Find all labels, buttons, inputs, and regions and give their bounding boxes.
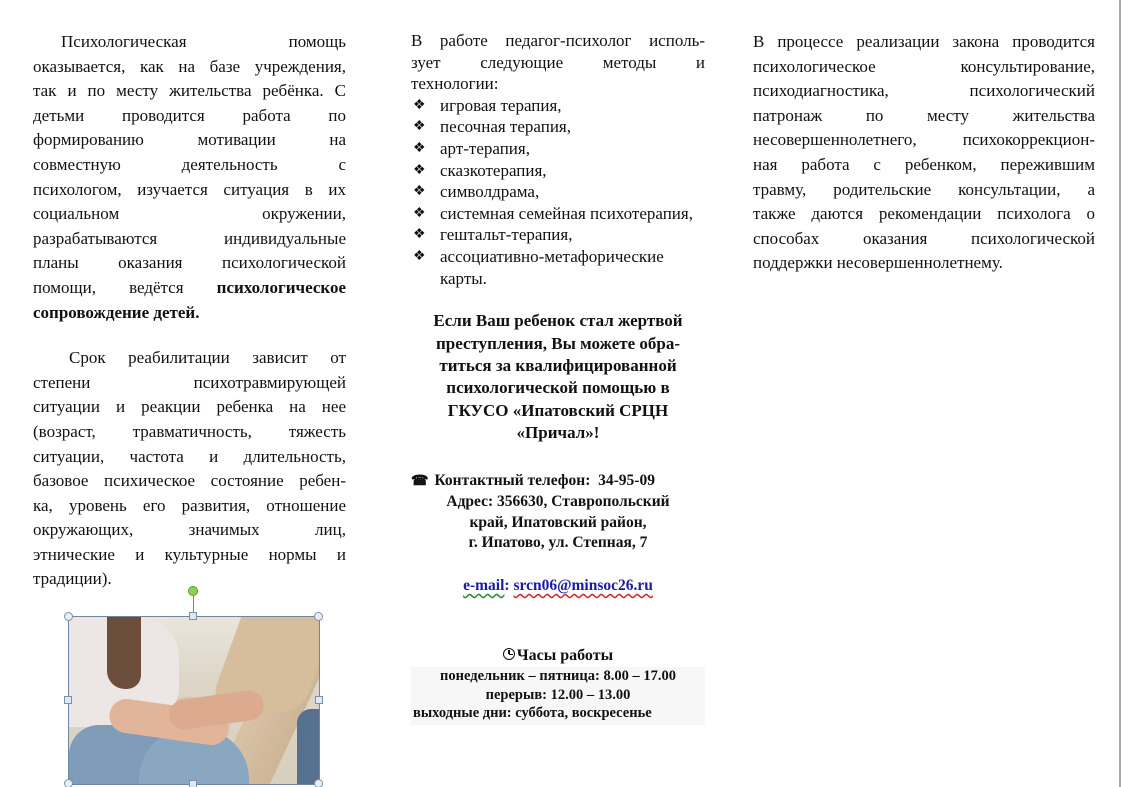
list-item-text: арт-терапия, (440, 139, 530, 158)
text-line: травму, родительские консультации, а (753, 178, 1095, 203)
text-line: Срок реабилитации зависит от (33, 346, 346, 371)
resize-handle-top[interactable] (189, 612, 197, 620)
text-line: В процессе реализации закона проводится (753, 30, 1095, 55)
text-line: также даются рекомендации психолога о (753, 202, 1095, 227)
text-line: зует следующие методы и (411, 52, 705, 74)
diamond-bullet-icon: ❖ (413, 224, 426, 246)
list-item-text: символдрама, (440, 182, 539, 201)
diamond-bullet-icon: ❖ (413, 246, 426, 268)
hours-title: Часы работы (411, 645, 705, 667)
text-line: степени психотравмирующей (33, 371, 346, 396)
list-item-text: ассоциативно-метафорические карты. (440, 247, 664, 288)
resize-handle-top-left[interactable] (64, 612, 73, 621)
column-left: Психологическая помощь оказывается, как … (33, 30, 346, 592)
resize-handle-bottom[interactable] (189, 780, 197, 787)
list-item: ❖системная семейная психотерапия, (411, 203, 705, 225)
diamond-bullet-icon: ❖ (413, 95, 426, 117)
methods-list: ❖игровая терапия, ❖песочная терапия, ❖ар… (411, 95, 705, 289)
text-line: совместную деятельность с (33, 153, 346, 178)
paragraph-psych-help: Психологическая помощь оказывается, как … (33, 30, 346, 325)
photo-detail (107, 617, 141, 689)
text-line: детьми проводится работа по (33, 104, 346, 129)
phone-icon: ☎ (411, 472, 428, 493)
text-line: патронаж по месту жительства (753, 104, 1095, 129)
list-item-text: игровая терапия, (440, 96, 562, 115)
paragraph-law-process: В процессе реализации закона проводится … (753, 30, 1095, 276)
email-link[interactable]: srcn06@minsoc26.ru (513, 577, 652, 594)
text-line: ная работа с ребенком, пережившим (753, 153, 1095, 178)
phone-label: Контактный телефон: (434, 472, 590, 489)
column-middle: В работе педагог-психолог исполь- зует с… (411, 30, 705, 599)
hours-weekdays: понедельник – пятница: 8.00 – 17.00 (411, 667, 705, 686)
text-line: ситуации и реакции ребенка на нее (33, 395, 346, 420)
address-line: край, Ипатовский район, (411, 513, 705, 534)
rotation-handle[interactable] (188, 586, 198, 596)
list-item-text: системная семейная психотерапия, (440, 204, 693, 223)
methods-intro: В работе педагог-психолог исполь- зует с… (411, 30, 705, 95)
hours-title-text: Часы работы (517, 647, 613, 664)
list-item-text: песочная терапия, (440, 117, 571, 136)
text-line: этнические и культурные нормы и (33, 543, 346, 568)
list-item: ❖гештальт-терапия, (411, 224, 705, 246)
list-item: ❖арт-терапия, (411, 138, 705, 160)
phone-number: 34-95-09 (598, 472, 655, 489)
text-line: «Причал»! (411, 422, 705, 444)
email-label: e-mail (463, 577, 504, 594)
address-line: Адрес: 356630, Ставропольский (411, 492, 705, 513)
text-line: оказывается, как на базе учреждения, (33, 55, 346, 80)
list-item-text: сказкотерапия, (440, 161, 547, 180)
resize-handle-top-right[interactable] (314, 612, 323, 621)
text-line: Психологическая помощь (33, 30, 346, 55)
diamond-bullet-icon: ❖ (413, 203, 426, 225)
hours-break: перерыв: 12.00 – 13.00 (411, 686, 705, 705)
text-line: так и по месту жительства ребёнка. С (33, 79, 346, 104)
help-callout: Если Ваш ребенок стал жертвой преступлен… (411, 310, 705, 444)
phone-line: ☎Контактный телефон: 34-95-09 (411, 471, 705, 493)
photo-detail (297, 709, 320, 785)
text-line: В работе педагог-психолог исполь- (411, 30, 705, 52)
paragraph-rehab-period: Срок реабилитации зависит от степени пси… (33, 346, 346, 592)
list-item: ❖символдрама, (411, 181, 705, 203)
list-item-text: гештальт-терапия, (440, 225, 572, 244)
text-line: психодиагностика, психологический (753, 79, 1095, 104)
text-line: способах оказания психологической (753, 227, 1095, 252)
resize-handle-right[interactable] (315, 696, 323, 704)
hours-weekend: выходные дни: суббота, воскресенье (411, 704, 705, 723)
text-line: сопровождение детей. (33, 301, 346, 326)
list-item: ❖песочная терапия, (411, 116, 705, 138)
diamond-bullet-icon: ❖ (413, 138, 426, 160)
text-line: окружающих, значимых лиц, (33, 518, 346, 543)
working-hours: Часы работы понедельник – пятница: 8.00 … (411, 645, 705, 725)
list-item: ❖ассоциативно-метафорические карты. (411, 246, 705, 289)
list-item: ❖сказкотерапия, (411, 160, 705, 182)
list-item: ❖игровая терапия, (411, 95, 705, 117)
text-line: преступления, Вы можете обра- (411, 333, 705, 355)
text-line: разрабатываются индивидуальные (33, 227, 346, 252)
text-line: базовое психическое состояние ребен- (33, 469, 346, 494)
resize-handle-bottom-right[interactable] (314, 779, 323, 787)
text-line: ка, уровень его развития, отношение (33, 494, 346, 519)
text-line: (возраст, травматичность, тяжесть (33, 420, 346, 445)
text-line: ситуации, частота и длительность, (33, 445, 346, 470)
text-line: технологии: (411, 73, 705, 95)
resize-handle-bottom-left[interactable] (64, 779, 73, 787)
diamond-bullet-icon: ❖ (413, 181, 426, 203)
resize-handle-left[interactable] (64, 696, 72, 704)
text-line: Если Ваш ребенок стал жертвой (411, 310, 705, 332)
contact-block: ☎Контактный телефон: 34-95-09 Адрес: 356… (411, 471, 705, 554)
bold-text: психологическое (217, 278, 346, 297)
diamond-bullet-icon: ❖ (413, 116, 426, 138)
text-line: помощи, ведётся психологическое (33, 276, 346, 301)
text-line: ГКУСО «Ипатовский СРЦН (411, 400, 705, 422)
clock-icon (503, 648, 515, 660)
diamond-bullet-icon: ❖ (413, 160, 426, 182)
text-line: психологом, изучается ситуация в их (33, 178, 346, 203)
text-line: планы оказания психологической (33, 251, 346, 276)
text-line: социальном окружении, (33, 202, 346, 227)
text-line: психологической помощью в (411, 377, 705, 399)
email-line: e-mail: srcn06@minsoc26.ru (411, 574, 705, 599)
column-right: В процессе реализации закона проводится … (753, 30, 1095, 276)
hands-photo[interactable] (68, 616, 320, 785)
hours-box: понедельник – пятница: 8.00 – 17.00 пере… (411, 667, 705, 725)
text-line: поддержки несовершеннолетнему. (753, 251, 1095, 276)
text-line: психологическое консультирование, (753, 55, 1095, 80)
text-line: несовершеннолетнего, психокоррекцион- (753, 128, 1095, 153)
text-line: титься за квалифицированной (411, 355, 705, 377)
address-line: г. Ипатово, ул. Степная, 7 (411, 533, 705, 554)
photo-detail (167, 689, 265, 732)
text-line: формированию мотивации на (33, 128, 346, 153)
bold-text: сопровождение детей. (33, 303, 199, 322)
text-segment: помощи, ведётся (33, 278, 184, 297)
